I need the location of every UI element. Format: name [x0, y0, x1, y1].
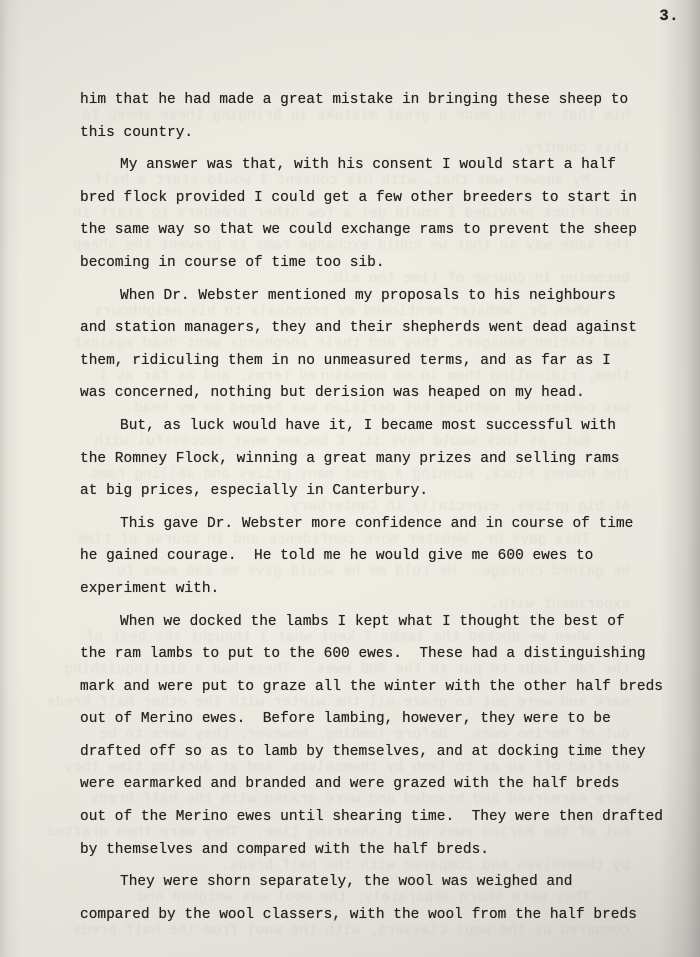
text-line: this country.	[80, 117, 680, 150]
text-line: This gave Dr. Webster more confidence an…	[80, 508, 680, 541]
text-line: My answer was that, with his consent I w…	[80, 149, 680, 182]
text-line: When Dr. Webster mentioned my proposals …	[80, 280, 680, 313]
text-line: and station managers, they and their she…	[80, 312, 680, 345]
text-line: becoming in course of time too sib.	[80, 247, 680, 280]
text-line: They were shorn separately, the wool was…	[80, 866, 680, 899]
text-line: the Romney Flock, winning a great many p…	[80, 443, 680, 476]
text-line: the same way so that we could exchange r…	[80, 214, 680, 247]
text-line: by themselves and compared with the half…	[80, 834, 680, 867]
text-line: When we docked the lambs I kept what I t…	[80, 606, 680, 639]
text-line: mark and were put to graze all the winte…	[80, 671, 680, 704]
text-line: out of the Merino ewes until shearing ti…	[80, 801, 680, 834]
text-line: was concerned, nothing but derision was …	[80, 377, 680, 410]
page-body: him that he had made a great mistake in …	[80, 84, 680, 931]
text-line: the ram lambs to put to the 600 ewes. Th…	[80, 638, 680, 671]
text-line: drafted off so as to lamb by themselves,…	[80, 736, 680, 769]
page-number: 3.	[659, 7, 679, 25]
text-line: him that he had made a great mistake in …	[80, 84, 680, 117]
text-line: But, as luck would have it, I became mos…	[80, 410, 680, 443]
document-page: 3. him that he had made a great mistake …	[0, 0, 700, 957]
text-line: them, ridiculing them in no unmeasured t…	[80, 345, 680, 378]
text-line: compared by the wool classers, with the …	[80, 899, 680, 932]
text-line: bred flock provided I could get a few ot…	[80, 182, 680, 215]
text-line: he gained courage. He told me he would g…	[80, 540, 680, 573]
text-line: out of Merino ewes. Before lambing, howe…	[80, 703, 680, 736]
text-line: at big prices, especially in Canterbury.	[80, 475, 680, 508]
text-line: experiment with.	[80, 573, 680, 606]
text-line: were earmarked and branded and were graz…	[80, 768, 680, 801]
